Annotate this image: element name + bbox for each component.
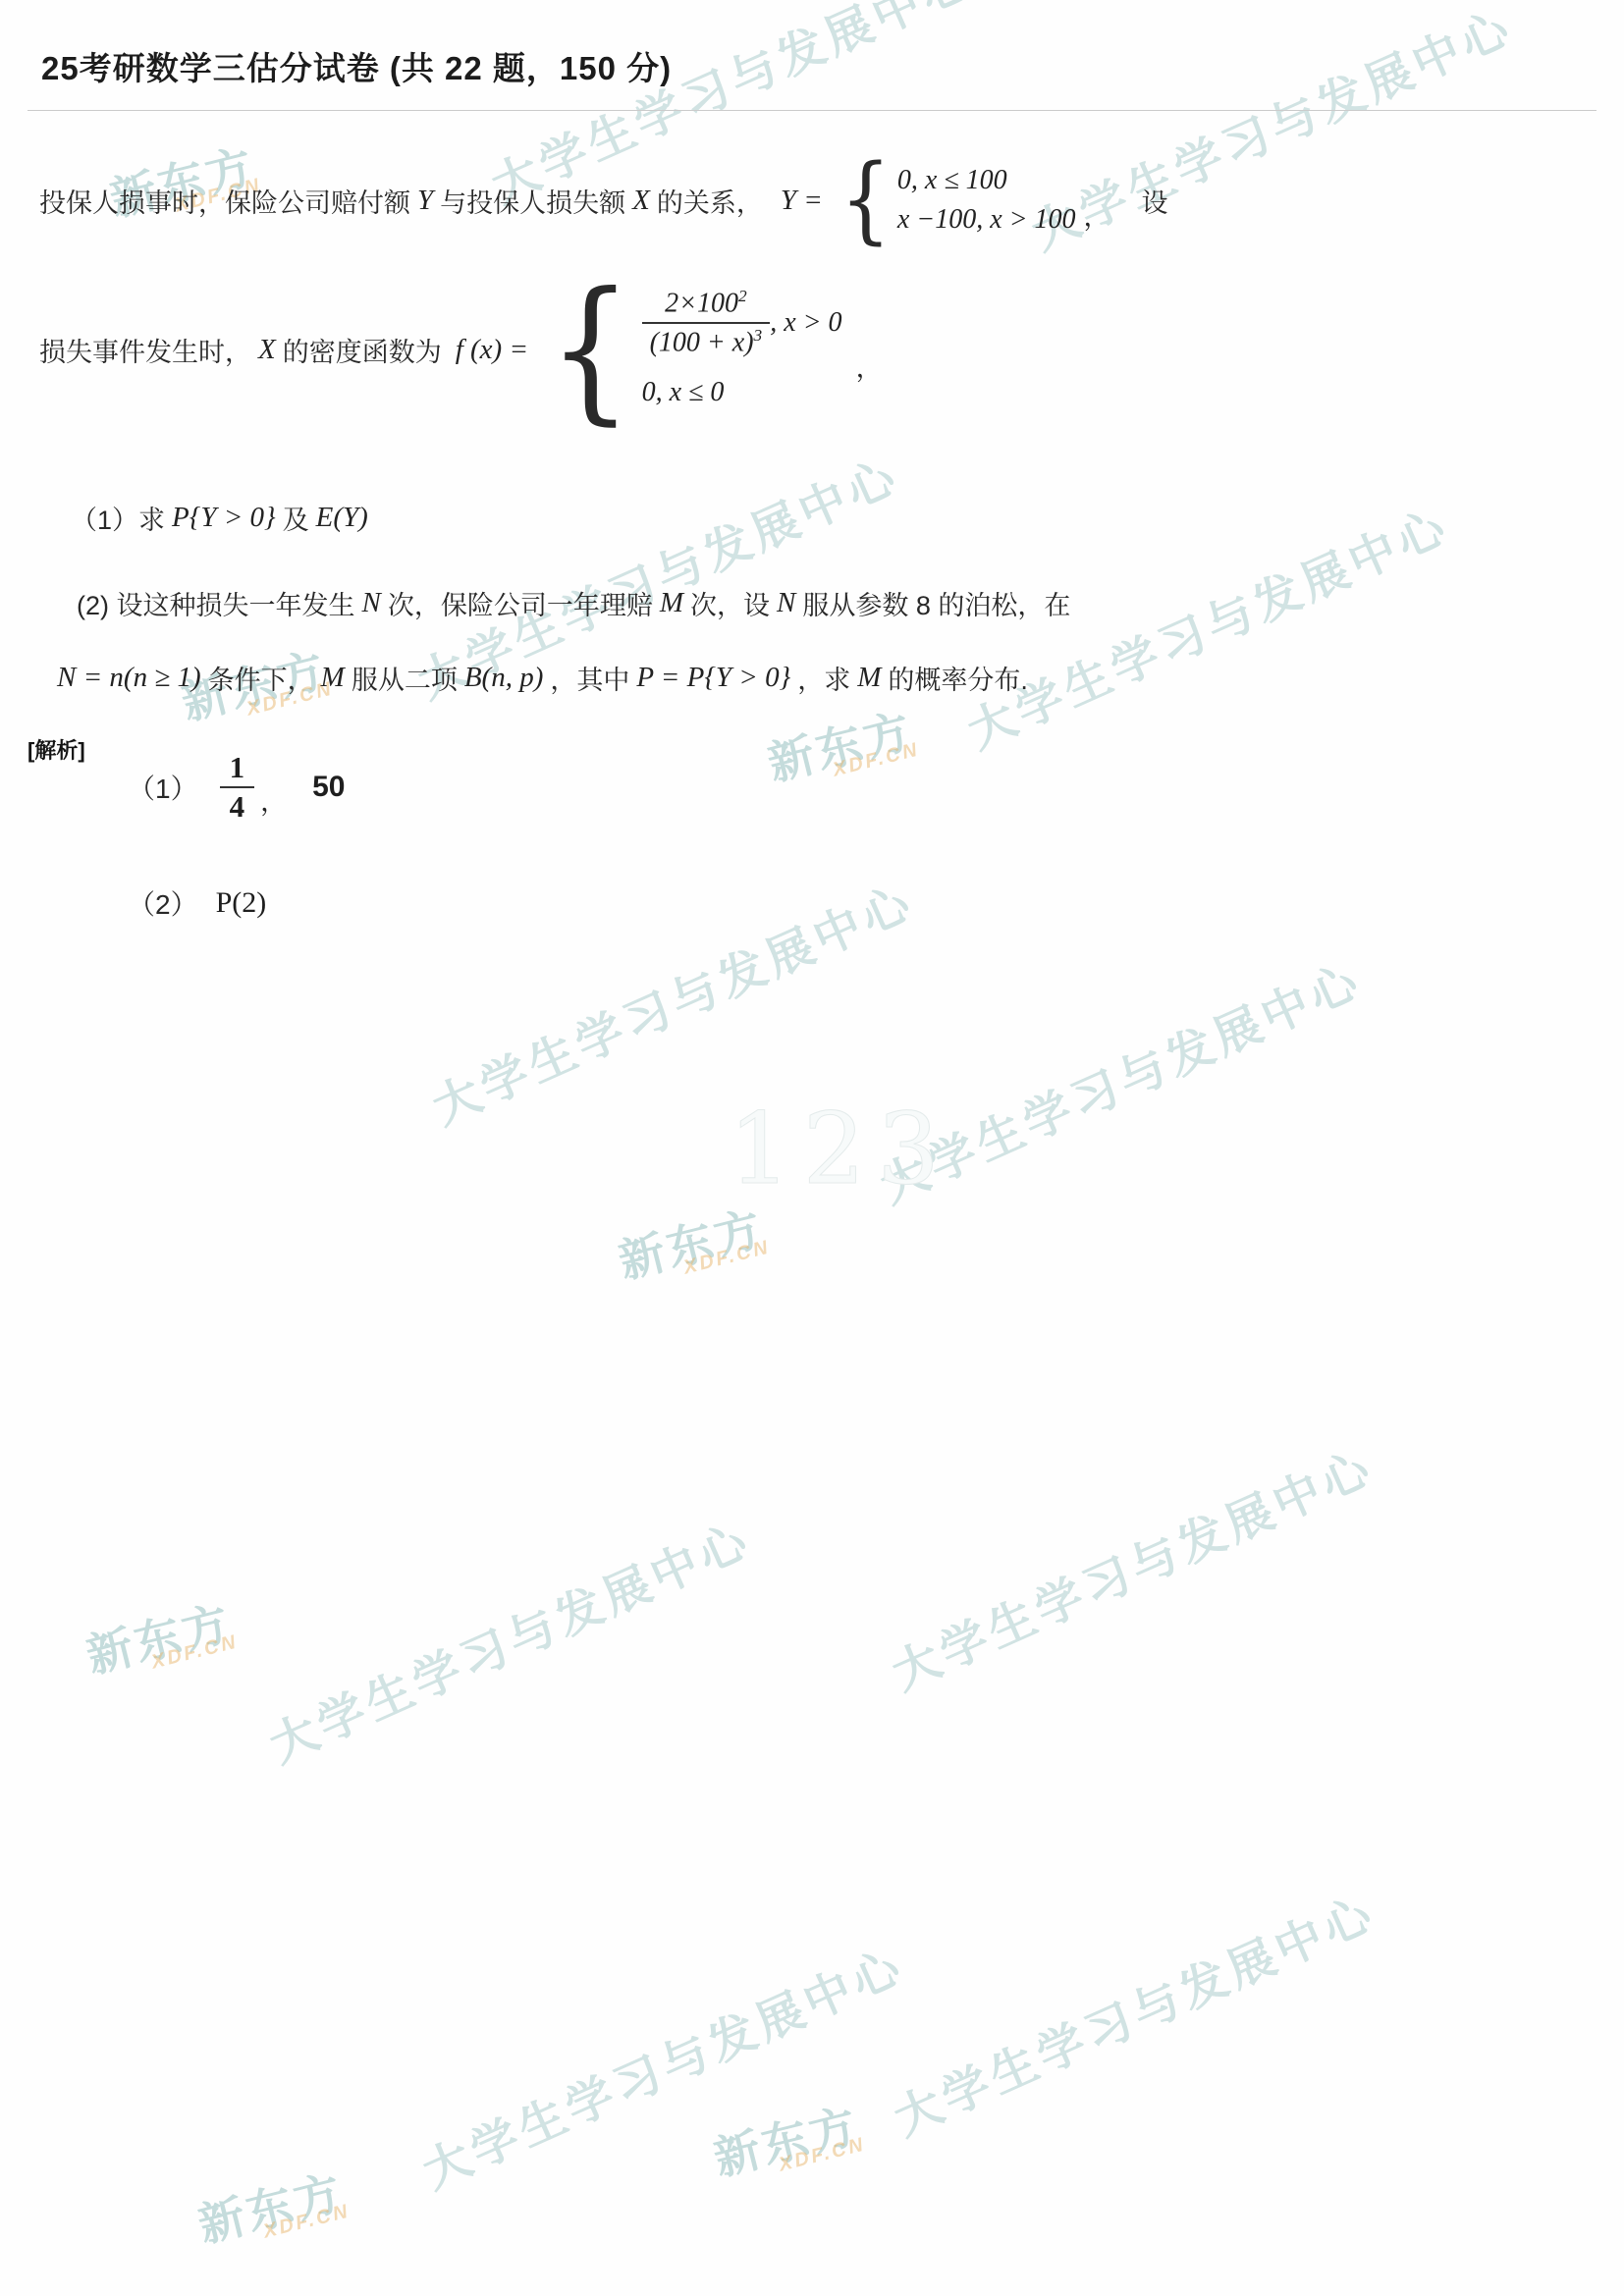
case-1: 0, x ≤ 100: [897, 161, 1076, 200]
math-equation-lhs: Y =: [781, 185, 823, 217]
math-expr-N-condition: N = n(n ≥ 1): [57, 662, 201, 694]
piecewise-cases: 0, x ≤ 100 x −100, x > 100: [897, 161, 1076, 240]
question-2-text: 服从二项: [352, 659, 458, 697]
answer-2-index: （2）: [128, 883, 198, 923]
problem-text: 投保人损事时，保险公司赔付额: [39, 182, 410, 220]
case-2: 0, x ≤ 0: [642, 373, 842, 412]
math-var-X: X: [258, 334, 276, 366]
question-2-text: 的概率分布.: [888, 659, 1028, 697]
math-var-N: N: [362, 587, 381, 619]
question-2-line-1: (2) 设这种损失一年发生 N 次，保险公司一年理赔 M 次，设 N 服从参数 …: [77, 577, 1070, 628]
math-var-Y: Y: [417, 185, 433, 217]
case-2: x −100, x > 100: [897, 200, 1076, 240]
fraction: 2×1002 (100 + x)3: [642, 287, 771, 358]
answer-2-value: P(2): [216, 886, 267, 920]
question-1: （1）求 P{Y > 0} 及 E(Y): [71, 491, 375, 544]
problem-statement-line-1: 投保人损事时，保险公司赔付额 Y 与投保人损失额 X 的关系， Y = { 0,…: [39, 147, 1168, 253]
math-expr-P: P{Y > 0}: [172, 502, 276, 534]
math-var-M: M: [857, 662, 881, 694]
title-divider: [27, 110, 1597, 111]
question-2-text: (2) 设这种损失一年发生: [77, 584, 355, 622]
problem-text: 与投保人损失额: [440, 182, 625, 220]
math-var-M: M: [660, 587, 683, 619]
question-2-line-2: N = n(n ≥ 1) 条件下， M 服从二项 B(n, p) ，其中 P =…: [57, 652, 1028, 703]
page-title: 25考研数学三估分试卷 (共 22 题，150 分): [41, 43, 672, 89]
exam-document-page: 大学生学习与发展中心 大学生学习与发展中心 大学生学习与发展中心 大学生学习与发…: [0, 0, 1624, 2296]
analysis-label: [解析]: [27, 734, 85, 765]
math-equation-lhs: f (x) =: [456, 334, 528, 366]
fraction-numerator: 2×1002: [657, 287, 755, 322]
math-var-M: M: [321, 662, 345, 694]
case-1: 2×1002 (100 + x)3 , x > 0: [642, 287, 842, 358]
left-brace: {: [549, 276, 632, 423]
question-2-text: 次，保险公司一年理赔: [388, 584, 653, 622]
question-2-text: ，其中: [550, 659, 629, 697]
problem-statement-line-2: 损失事件发生时， X 的密度函数为 f (x) = { 2×1002 (100 …: [39, 267, 883, 432]
problem-text: 的关系，: [657, 182, 763, 220]
punctuation-comma: ，: [260, 780, 287, 819]
punctuation-comma: ，: [1084, 195, 1110, 234]
fraction-denominator: 4: [220, 786, 255, 824]
math-expr-binomial: B(n, p): [464, 662, 544, 694]
case-1-condition: , x > 0: [770, 303, 841, 343]
math-var-X: X: [632, 185, 650, 217]
answer-1-fraction: 1 4: [220, 751, 255, 824]
math-expr-E: E(Y): [316, 502, 368, 534]
fraction-denominator: (100 + x)3: [642, 322, 771, 359]
document-content: 25考研数学三估分试卷 (共 22 题，150 分) 投保人损事时，保险公司赔付…: [0, 0, 1624, 2296]
problem-text: 损失事件发生时，: [39, 331, 251, 369]
left-brace: {: [839, 155, 891, 244]
piecewise-cases: 2×1002 (100 + x)3 , x > 0 0, x ≤ 0: [642, 287, 842, 411]
answer-1: （1） 1 4 ， 50: [128, 742, 345, 832]
question-1-prefix: （1）求: [71, 499, 165, 537]
problem-text: 设: [1142, 182, 1168, 220]
case-2-text: 0, x ≤ 0: [642, 373, 725, 412]
math-expr-p: P = P{Y > 0}: [636, 662, 790, 694]
fraction-numerator: 1: [220, 751, 255, 786]
question-1-text: 及: [283, 499, 309, 537]
question-2-text: ，求: [797, 659, 850, 697]
problem-text: 的密度函数为: [283, 331, 442, 369]
answer-1-value: 50: [312, 771, 345, 804]
question-2-text: 条件下，: [208, 659, 314, 697]
answer-1-index: （1）: [128, 768, 198, 807]
math-var-N: N: [777, 587, 795, 619]
punctuation-comma: ，: [856, 347, 883, 385]
question-2-text: 次，设: [690, 584, 770, 622]
answer-2: （2） P(2): [128, 880, 266, 927]
question-2-text: 服从参数 8 的泊松，在: [802, 584, 1070, 622]
